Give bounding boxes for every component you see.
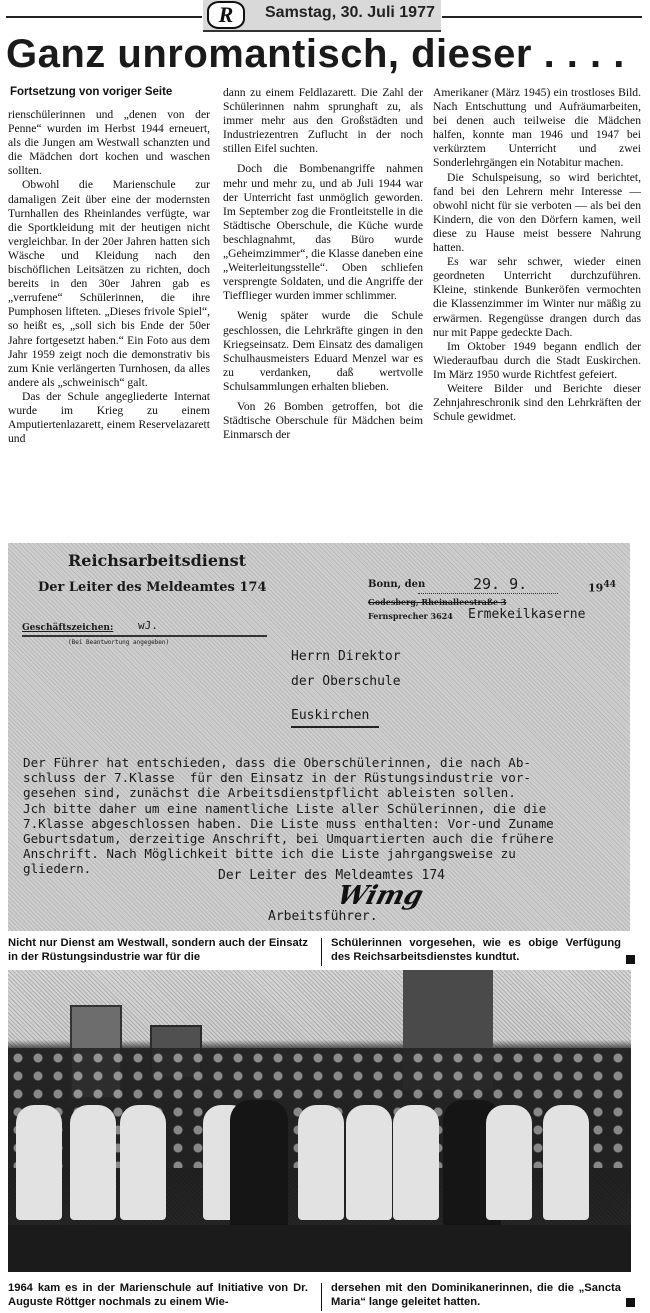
article-column-3: Amerikaner (März 1945) ein trostloses Bi…: [433, 86, 641, 424]
letter-facsimile: Reichsarbeitsdienst Der Leiter des Melde…: [8, 543, 630, 931]
masthead: R Samstag, 30. Juli 1977: [0, 0, 650, 34]
letter-location: Ermekeilkaserne: [468, 607, 585, 622]
paragraph: Weitere Bilder und Berichte dieser Zehnj…: [433, 382, 641, 424]
end-mark-icon: [626, 955, 635, 964]
masthead-rule-left: [6, 16, 202, 18]
letter-caption-right: Schülerinnen vorgesehen, wie es obige Ve…: [331, 936, 621, 965]
letter-department: Der Leiter des Meldeamtes 174: [38, 580, 267, 595]
letter-struck-address: Godesberg, Rheinalleestraße 3: [368, 597, 506, 607]
continuation-kicker: Fortsetzung von voriger Seite: [10, 86, 172, 98]
group-photo: [8, 970, 631, 1272]
issue-date: Samstag, 30. Juli 1977: [265, 4, 435, 22]
letter-signature: Wimg: [334, 881, 426, 911]
paragraph: dann zu einem Feldlazarett. Die Zahl der…: [223, 86, 423, 156]
caption-divider: [321, 1283, 322, 1311]
paragraph: Obwohl die Marienschule zur damaligen Ze…: [8, 178, 210, 389]
paragraph: Es war sehr schwer, wieder einen geordne…: [433, 255, 641, 340]
paragraph: Amerikaner (März 1945) ein trostloses Bi…: [433, 86, 641, 171]
paragraph: Von 26 Bomben getroffen, bot die Städtis…: [223, 400, 423, 442]
paragraph: Die Schulspeisung, so wird berichtet, fa…: [433, 171, 641, 256]
photo-caption-right: dersehen mit den Dominikanerinnen, die d…: [331, 1281, 621, 1310]
letter-reference-note: (Bei Beantwortung angegeben): [68, 639, 169, 646]
article-column-2: dann zu einem Feldlazarett. Die Zahl der…: [223, 86, 423, 442]
photo-caption-left: 1964 kam es in der Marienschule auf Init…: [8, 1281, 308, 1310]
newspaper-logo-icon: R: [207, 1, 245, 29]
letter-recipient-city: Euskirchen: [291, 708, 369, 723]
paragraph: Wenig später wurde die Schule geschlosse…: [223, 309, 423, 394]
paragraph: Im Oktober 1949 begann endlich der Wiede…: [433, 340, 641, 382]
letter-organization: Reichsarbeitsdienst: [68, 551, 246, 570]
paragraph: rienschülerinnen und „denen von der Penn…: [8, 108, 210, 178]
letter-caption-left: Nicht nur Dienst am Westwall, sondern au…: [8, 936, 308, 965]
letter-recipient-line: der Oberschule: [291, 674, 401, 689]
letter-place-label: Bonn, den: [368, 579, 425, 590]
letter-year: 1944: [588, 579, 616, 595]
masthead-rule-right: [442, 16, 642, 18]
letter-phone: Fernsprecher 3624: [368, 611, 453, 621]
article-column-1: rienschülerinnen und „denen von der Penn…: [8, 108, 210, 446]
letter-signature-title: Arbeitsführer.: [268, 909, 378, 924]
letter-recipient-underline: [291, 726, 379, 728]
caption-divider: [321, 938, 322, 966]
letter-reference-label: Geschäftszeichen:: [22, 623, 113, 633]
letter-body: Der Führer hat entschieden, dass die Obe…: [23, 755, 554, 877]
paragraph: Doch die Bombenangriffe nahmen mehr und …: [223, 162, 423, 303]
paragraph: Das der Schule angegliederte Internat wu…: [8, 390, 210, 446]
headline: Ganz unromantisch, dieser . . . .: [6, 32, 625, 77]
end-mark-icon: [626, 1298, 635, 1307]
masthead-date-box: R Samstag, 30. Juli 1977: [203, 0, 441, 32]
letter-date-line: [418, 593, 558, 594]
letter-reference-rule: [22, 635, 267, 637]
letter-date: 29. 9.: [473, 575, 527, 593]
letter-recipient-line: Herrn Direktor: [291, 649, 401, 664]
letter-reference-value: wJ.: [138, 619, 158, 632]
